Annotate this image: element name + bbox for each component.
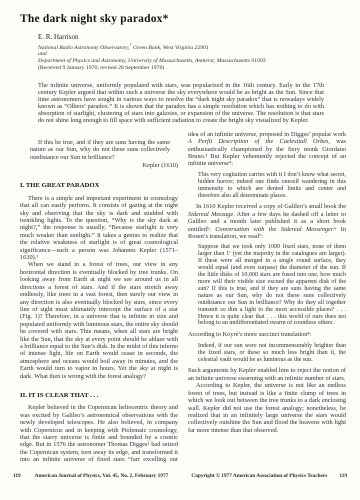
section-1-paragraph-1: There is a simple and important experime… bbox=[20, 195, 178, 262]
affiliation-line-2: Department of Physics and Astronomy, Uni… bbox=[38, 58, 346, 64]
affiliation-line-1: National Radio Astronomy Observatory,† G… bbox=[38, 42, 346, 51]
section-1-heading: I. THE GREAT PARADOX bbox=[20, 182, 178, 189]
paragraph: According to Kepler, the universe is not… bbox=[188, 382, 346, 434]
page-title: The dark night sky paradox* bbox=[20, 13, 346, 25]
two-column-body: If this be true, and if they are suns ha… bbox=[20, 131, 346, 463]
author-block: E. R. Harrison National Radio Astronomy … bbox=[38, 33, 346, 72]
page-number-right: 119 bbox=[339, 473, 347, 479]
kepler-quote-1: This very cogitation carries with it I d… bbox=[198, 172, 346, 200]
book-title-italic: Sidereal Message bbox=[188, 211, 233, 218]
kepler-quote-3: Indeed, if our sun were not incommensura… bbox=[198, 343, 346, 364]
section-2-paragraph-1: Kepler believed in the Copernican helioc… bbox=[20, 404, 178, 462]
paragraph: According to Koyré’s more succinct trans… bbox=[188, 331, 346, 338]
left-column: If this be true, and if they are suns ha… bbox=[20, 131, 178, 463]
affiliation-text: Green Bank, West Virginia 22901 bbox=[132, 45, 209, 51]
journal-page: The dark night sky paradox* E. R. Harris… bbox=[0, 0, 360, 500]
section-2-heading: II. IT IS CLEAR THAT . . . bbox=[20, 392, 178, 399]
book-title-italic: A Perfit Description of the Caelestiall … bbox=[188, 138, 328, 145]
page-number-left: 119 bbox=[13, 473, 21, 479]
book-title-italic: Conversation with the Sidereal Messenger… bbox=[215, 226, 336, 233]
journal-line: American Journal of Physics, Vol. 45, No… bbox=[35, 473, 169, 479]
copyright-line: Copyright © 1977 American Association of… bbox=[191, 473, 327, 479]
author-name: E. R. Harrison bbox=[38, 33, 346, 41]
paragraph-text: idea of an infinite universe, proposed i… bbox=[188, 131, 346, 138]
epigraph-attribution: Kepler (1610) bbox=[20, 162, 178, 169]
abstract: The infinite universe, uniformly populat… bbox=[38, 82, 324, 124]
kepler-quote-2: Suppose that we took only 1000 fixed sta… bbox=[198, 244, 346, 327]
paragraph: In 1610 Kepler received a copy of Galile… bbox=[188, 203, 346, 240]
paragraph-text: In 1610 Kepler received a copy of Galile… bbox=[196, 203, 346, 210]
continuation-paragraph: idea of an infinite universe, proposed i… bbox=[188, 131, 346, 168]
affiliation-text: National Radio Astronomy Observatory, bbox=[38, 45, 130, 51]
paragraph: Such arguments by Kepler enabled him to … bbox=[188, 367, 346, 382]
received-line: (Received 9 January 1976; revised 28 Sep… bbox=[38, 65, 346, 71]
page-footer: 119 American Journal of Physics, Vol. 45… bbox=[13, 473, 347, 479]
epigraph-text: If this be true, and if they are suns ha… bbox=[30, 139, 170, 161]
section-1-paragraph-2: When we stand in a forest of trees, our … bbox=[20, 261, 178, 380]
right-column: idea of an infinite universe, proposed i… bbox=[188, 131, 346, 463]
